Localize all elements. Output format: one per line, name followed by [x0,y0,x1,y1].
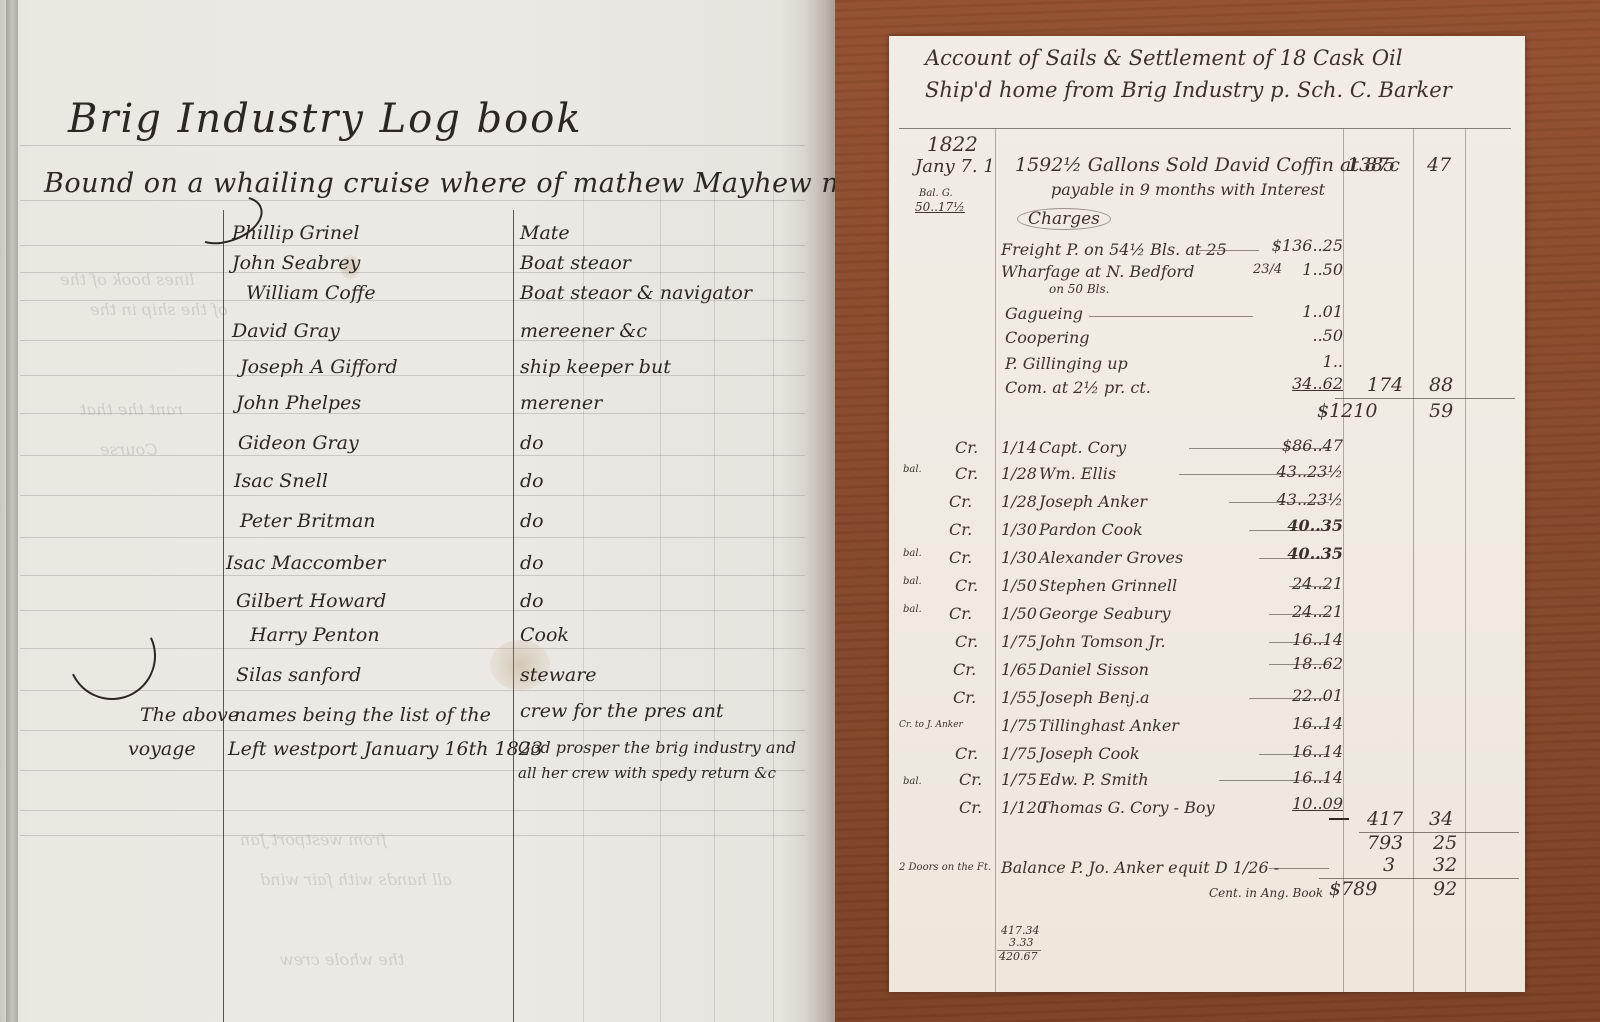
share-name: Joseph Cook [1039,744,1140,763]
crew-name: Gideon Gray [238,432,359,454]
share-lay: 1/50 [1001,576,1037,595]
share-lay: 1/75 [1001,632,1037,651]
crew-role: do [520,590,544,612]
share-name: Edw. P. Smith [1039,770,1149,789]
date-day: Jany 7. 1 [915,156,995,177]
share-margin-note: bal. [903,548,922,559]
logbook-subtitle: Bound on a whailing cruise where of math… [44,168,835,199]
crew-role: do [520,552,544,574]
crew-role: mereener &c [520,320,647,342]
closing-text: The above [140,704,239,726]
share-amount: 40..35 [1259,544,1343,563]
balance-dollars: 3 [1383,854,1395,876]
margin-note-value: 50..17½ [915,200,965,214]
charge-amount: 34..62 [1269,374,1343,393]
crew-role: Boat steaor [520,252,631,274]
share-lay: 1/30 [1001,520,1037,539]
crew-name: Isac Snell [234,470,328,492]
share-cr: Cr. [955,576,978,595]
share-amount: 24..21 [1259,574,1343,593]
share-name: Alexander Groves [1039,548,1183,567]
charge-label: Coopering [1005,328,1090,347]
closing-text: names being the list of the [234,704,491,726]
sale-description: 1592½ Gallons Sold David Coffin at 87c [1015,154,1400,176]
account-heading: Ship'd home from Brig Industry p. Sch. C… [925,78,1452,102]
sale-terms: payable in 9 months with Interest [1051,180,1325,199]
calc-line: 3.33 [1009,936,1034,949]
crew-name: Joseph A Gifford [240,356,398,378]
crew-role: do [520,432,544,454]
logbook-title: Brig Industry Log book [68,96,583,142]
crew-role: Mate [520,222,570,244]
crew-name: John Phelpes [236,392,361,414]
share-amount: 40..35 [1259,516,1343,535]
share-cr: Cr. [955,632,978,651]
closing-text: voyage [128,738,196,760]
crew-name: David Gray [232,320,340,342]
sale-dollars: 1385 [1347,154,1395,176]
share-lay: 1/14 [1001,438,1037,457]
margin-note-label: Bal. G. [919,188,953,199]
final-cents: 92 [1433,878,1457,900]
charge-amount: $136..25 [1249,236,1343,255]
share-cr: Cr. [955,438,978,457]
crew-name: John Seabrey [232,252,360,274]
share-amount: 16..14 [1259,742,1343,761]
balance-margin-note: 2 Doors on the Ft. [899,862,991,873]
account-heading: Account of Sails & Settlement of 18 Cask… [925,46,1402,70]
share-cr: Cr. [959,798,982,817]
net-dollars: $1210 [1317,400,1377,422]
share-margin-note: bal. [903,776,922,787]
net-cents: 59 [1429,400,1453,422]
shares-total-dollars: 417 [1367,808,1403,830]
account-sheet: Account of Sails & Settlement of 18 Cask… [889,36,1525,992]
shares-total-cents: 34 [1429,808,1453,830]
charge-label: Freight P. on 54½ Bls. at 25 [1001,240,1227,259]
charge-label: Com. at 2½ pr. ct. [1005,378,1151,397]
share-amount: 18..62 [1259,654,1343,673]
balance-cents: 32 [1433,854,1457,876]
crew-role: Boat steaor & navigator [520,282,752,304]
share-lay: 1/28 [1001,464,1037,483]
share-lay: 1/75 [1001,716,1037,735]
share-lay: 1/55 [1001,688,1037,707]
share-name: Wm. Ellis [1039,464,1116,483]
column-divider [223,210,224,1022]
crew-name: William Coffe [246,282,376,304]
share-lay: 1/65 [1001,660,1037,679]
final-dollars: $789 [1329,878,1377,900]
logbook-page: lines book of the of the ship in the ran… [0,0,835,1022]
charge-sub: on 50 Bls. [1049,282,1109,296]
calc-result: 420.67 [999,950,1038,963]
book-binding [6,0,18,1022]
share-amount: $86..47 [1259,436,1343,455]
share-name: Daniel Sisson [1039,660,1149,679]
share-name: Thomas G. Cory - Boy [1039,798,1215,817]
share-margin-note: bal. [903,464,922,475]
share-cr: Cr. [949,548,972,567]
share-amount: 22..01 [1259,686,1343,705]
closing-text: all her crew with spedy return &c [518,764,776,782]
share-amount: 24..21 [1259,602,1343,621]
charge-amount: ..50 [1269,326,1343,345]
share-name: Tillinghast Anker [1039,716,1179,735]
carried-label: Cent. in Ang. Book [1209,886,1323,900]
crew-role: merener [520,392,602,414]
closing-text: Left westport January 16th 1823 [228,738,543,760]
charges-total-cents: 88 [1429,374,1453,396]
charge-amount: 1..01 [1269,302,1343,321]
share-margin-note: bal. [903,576,922,587]
decorative-flourish [56,600,169,713]
share-cr: Cr. [955,464,978,483]
share-amount: 43..23½ [1259,490,1343,509]
crew-name: Gilbert Howard [236,590,386,612]
share-margin-note: bal. [903,604,922,615]
date-year: 1822 [927,132,978,156]
share-lay: 1/30 [1001,548,1037,567]
crew-role: steware [520,664,597,686]
share-amount: 16..14 [1259,768,1343,787]
share-amount: 16..14 [1259,714,1343,733]
share-cr: Cr. [949,604,972,623]
crew-name: Peter Britman [240,510,376,532]
charges-total-dollars: 174 [1367,374,1403,396]
share-cr: Cr. [949,492,972,511]
remainder-dollars: 793 [1367,832,1403,854]
charge-label: Gagueing [1005,304,1083,323]
share-cr: Cr. [953,688,976,707]
share-cr: Cr. [953,660,976,679]
crew-name: Harry Penton [250,624,380,646]
share-name: Joseph Anker [1039,492,1147,511]
charge-label: P. Gillinging up [1005,354,1128,373]
crew-role: do [520,470,544,492]
charge-label: Wharfage at N. Bedford [1001,262,1194,281]
share-name: John Tomson Jr. [1039,632,1166,651]
share-amount: 16..14 [1259,630,1343,649]
share-cr: Cr. [959,770,982,789]
sale-cents: 47 [1427,154,1451,176]
crew-role: ship keeper but [520,356,671,378]
share-lay: 1/75 [1001,770,1037,789]
share-name: Pardon Cook [1039,520,1143,539]
share-name: George Seabury [1039,604,1171,623]
charge-amount: 1..50 [1269,260,1343,279]
closing-text: God prosper the brig industry and [518,738,796,757]
share-cr: Cr. [955,744,978,763]
share-name: Capt. Cory [1039,438,1126,457]
share-lay: 1/50 [1001,604,1037,623]
share-cr: Cr. [949,520,972,539]
remainder-cents: 25 [1433,832,1457,854]
share-margin-note: Cr. to J. Anker [899,720,963,730]
share-amount: 43..23½ [1259,462,1343,481]
closing-text: crew for the pres ant [520,700,724,722]
crew-name: Silas sanford [236,664,361,686]
share-name: Stephen Grinnell [1039,576,1177,595]
share-amount: 10..09 [1259,794,1343,813]
charges-label: Charges [1017,208,1111,230]
charge-amount: 1.. [1269,352,1343,371]
column-divider [513,210,514,1022]
crew-role: Cook [520,624,569,646]
crew-name: Isac Maccomber [226,552,385,574]
share-lay: 1/28 [1001,492,1037,511]
share-lay: 1/75 [1001,744,1037,763]
balance-label: Balance P. Jo. Anker equit D 1/26 - [1001,858,1279,877]
crew-role: do [520,510,544,532]
share-name: Joseph Benj.a [1039,688,1149,707]
